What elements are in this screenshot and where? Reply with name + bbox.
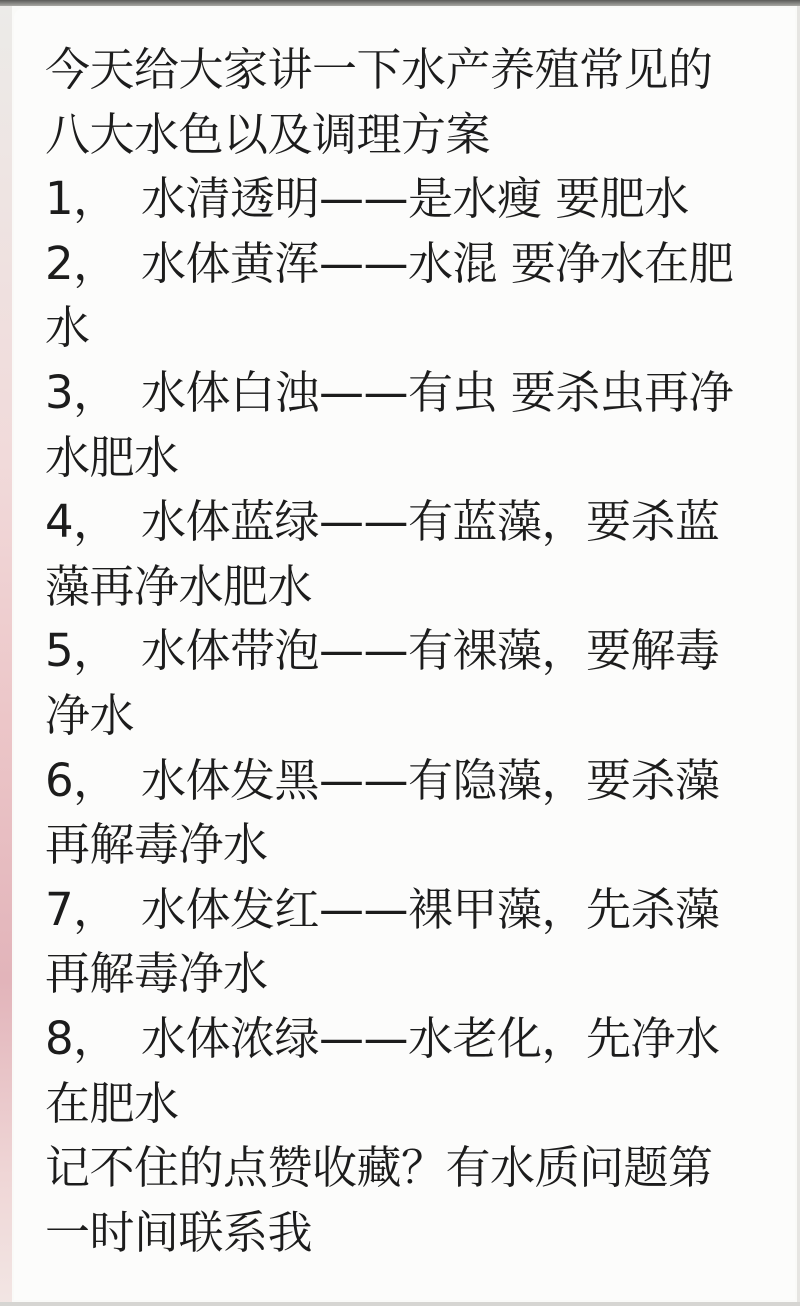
item-number: 1， [45,167,141,232]
item-text-continued: 在肥水 [45,1072,800,1137]
item-text: 水体发黑——有隐藻，要杀藻 [141,754,720,807]
item-text-continued: 再解毒净水 [45,942,800,1007]
list-item-2: 2，水体黄浑——水混 要净水在肥 水 [45,232,800,361]
list-item-4: 4，水体蓝绿——有蓝藻，要杀蓝 藻再净水肥水 [45,490,800,619]
item-text-continued: 水 [45,296,800,361]
intro-line: 今天给大家讲一下水产养殖常见的 [45,38,800,103]
item-number: 7， [45,878,141,943]
item-number: 3， [45,361,141,426]
item-text: 水体白浊——有虫 要杀虫再净 [141,366,733,419]
item-text-continued: 再解毒净水 [45,813,800,878]
item-text-continued: 藻再净水肥水 [45,555,800,620]
list-item-1: 1，水清透明——是水瘦 要肥水 [45,167,800,232]
list-item-6: 6，水体发黑——有隐藻，要杀藻 再解毒净水 [45,749,800,878]
list-item-7: 7，水体发红——裸甲藻，先杀藻 再解毒净水 [45,878,800,1007]
item-number: 4， [45,490,141,555]
bottom-edge-strip [0,1302,800,1306]
item-text: 水清透明——是水瘦 要肥水 [141,172,689,225]
item-number: 8， [45,1007,141,1072]
intro-line: 八大水色以及调理方案 [45,103,800,168]
item-text: 水体浓绿——水老化，先净水 [141,1012,720,1065]
list-item-5: 5，水体带泡——有裸藻，要解毒 净水 [45,619,800,748]
item-text: 水体黄浑——水混 要净水在肥 [141,237,733,290]
item-number: 2， [45,232,141,297]
top-edge-strip [0,0,800,6]
left-edge-strip [0,6,12,1306]
item-number: 5， [45,619,141,684]
item-number: 6， [45,749,141,814]
list-item-8: 8，水体浓绿——水老化，先净水 在肥水 [45,1007,800,1136]
list-item-3: 3，水体白浊——有虫 要杀虫再净 水肥水 [45,361,800,490]
item-text: 水体带泡——有裸藻，要解毒 [141,624,720,677]
item-text-continued: 净水 [45,684,800,749]
outro-line: 一时间联系我 [45,1201,800,1266]
outro-line: 记不住的点赞收藏？有水质问题第 [45,1136,800,1201]
item-text: 水体发红——裸甲藻，先杀藻 [141,883,720,936]
post-text: 今天给大家讲一下水产养殖常见的 八大水色以及调理方案 1，水清透明——是水瘦 要… [45,38,800,1265]
item-text: 水体蓝绿——有蓝藻，要杀蓝 [141,495,720,548]
item-text-continued: 水肥水 [45,426,800,491]
